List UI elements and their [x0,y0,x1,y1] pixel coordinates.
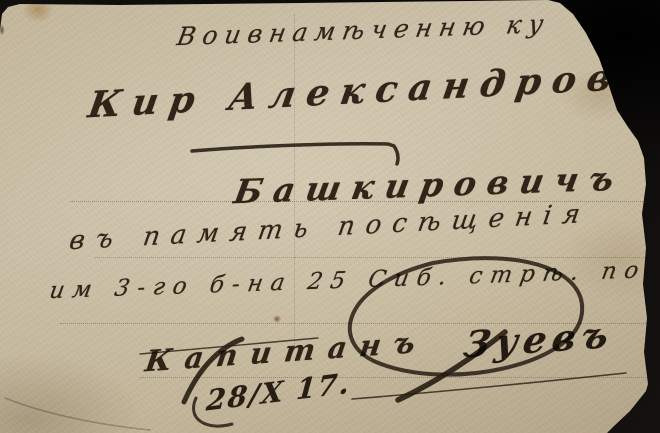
date-leading-loop [194,398,232,426]
ink-flourishes [0,0,660,433]
photo-of-handwritten-note: Воивнамѣченню ку Кир Александровичъ Башк… [0,0,660,433]
signature-underline-stroke [352,373,626,399]
paper-crease-mark [5,398,150,430]
paper-card: Воивнамѣченню ку Кир Александровичъ Башк… [0,0,660,433]
paraph-oval-flourish [350,258,582,374]
long-dash-stroke [192,144,398,164]
kapitan-initial-stroke [184,339,242,402]
